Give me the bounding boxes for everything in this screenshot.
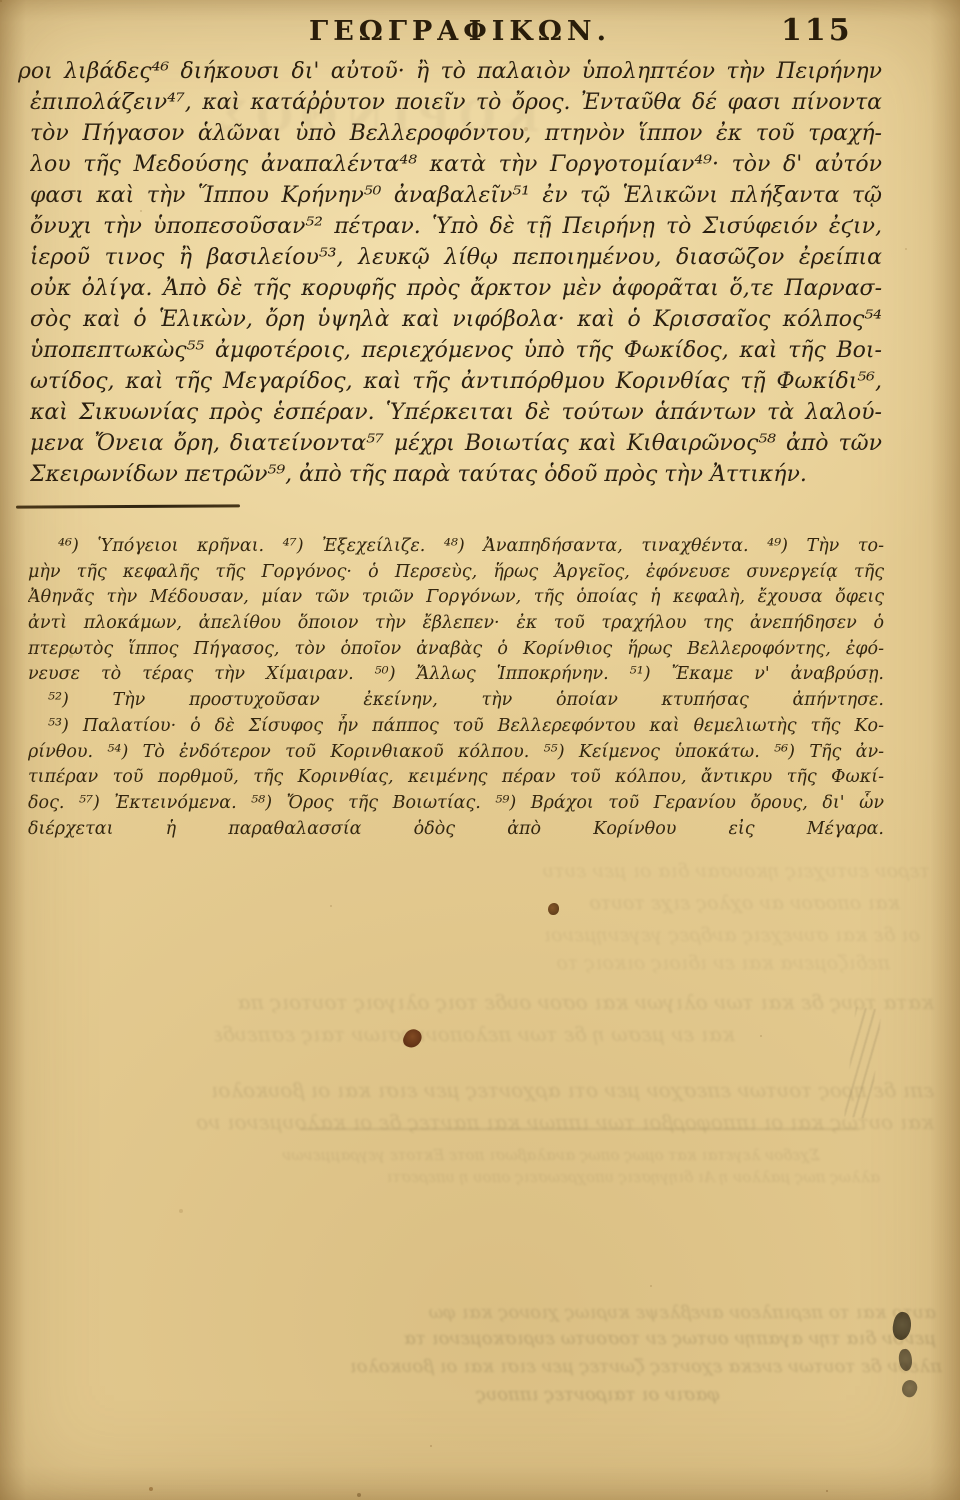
footnote-line: μὴν τῆς κεφαλῆς τῆς Γοργόνος· ὁ Περσεὺς,… <box>28 560 884 586</box>
text-line: φασι καὶ τὴν Ἵππου Κρήνην⁵⁰ ἀναβαλεῖν⁵¹ … <box>30 180 882 211</box>
bleed-through-text: μενον δια την αγαπην ουτως εν τοσουτω ευ… <box>16 1328 936 1349</box>
paper-flecks <box>0 0 2 2</box>
footnote-line: τιπέραν τοῦ πορθμοῦ, τῆς Κορινθίας, κειμ… <box>28 765 884 791</box>
footnote-line: ⁴⁶) Ὑπόγειοι κρῆναι. ⁴⁷) Ἐξεχείλιζε. ⁴⁸)… <box>28 534 884 560</box>
text-line: ὑποπεπτωκὼς⁵⁵ ἀμφοτέροις, περιεχόμενος ὑ… <box>30 335 882 366</box>
footnote-separator-rule <box>16 504 240 508</box>
bleed-through-text: κατα τους δε και των ολιγων και οσον ουδ… <box>22 990 934 1014</box>
text-line: ροι λιβάδες⁴⁶ διήκουσι δι' αὐτοῦ· ἢ τὸ π… <box>18 56 882 87</box>
text-line: τὸν Πήγασον ἁλῶναι ὑπὸ Βελλεροφόντου, πτ… <box>30 118 882 149</box>
bleed-through-text: οι δε και συνεχεις ανδρες γεγενημενοι <box>400 924 920 946</box>
bleed-through-text: πεδιζομενα και εν ιδιοις οικοις το <box>430 952 890 974</box>
bleed-through-rule <box>300 1128 860 1130</box>
page-number: 115 <box>781 13 853 48</box>
footnotes-block: ⁴⁶) Ὑπόγειοι κρῆναι. ⁴⁷) Ἐξεχείλιζε. ⁴⁸)… <box>28 534 884 842</box>
margin-scribble <box>844 1007 881 1119</box>
text-line: ἱεροῦ τινος ἢ βασιλείου⁵³, λευκῷ λίθῳ πε… <box>30 242 882 273</box>
text-line: οὐκ ὀλίγα. Ἀπὸ δὲ τῆς κορυφῆς πρὸς ἄρκτο… <box>30 273 882 304</box>
bleed-through-text: αλλως πως μαλλον η Αι διηγησεις υποχρεωσ… <box>60 1168 880 1186</box>
text-line: λου τῆς Μεδούσης ἀναπαλέντα⁴⁸ κατὰ τὴν Γ… <box>30 149 882 180</box>
bleed-through-text: τερον ευτυχεις ηκουσαν δια οι μεν ευτυ <box>390 860 930 882</box>
footnote-line: νευσε τὸ τέρας τὴν Χίμαιραν. ⁵⁰) Ἄλλως Ἱ… <box>28 662 884 688</box>
bleed-through-text: Σχεδον λεγεται κατ ομως οπως αναλαβωσι π… <box>120 1146 820 1164</box>
footnote-line: ρίνθου. ⁵⁴) Τὸ ἐνδότερον τοῦ Κορινθιακοῦ… <box>28 740 884 766</box>
footnote-line: ⁵³) Παλατίου· ὁ δὲ Σίσυφος ἦν πάππος τοῦ… <box>28 714 884 740</box>
ink-smudge <box>899 1377 920 1399</box>
bleed-through-text: φασιν οι ταιροντες ιππους <box>430 1384 720 1405</box>
main-text-block: ροι λιβάδες⁴⁶ διήκουσι δι' αὐτοῦ· ἢ τὸ π… <box>30 56 882 490</box>
text-line: καὶ Σικυωνίας πρὸς ἑσπέραν. Ὑπέρκειται δ… <box>30 397 882 428</box>
text-line: Σκειρωνίδων πετρῶν⁵⁹, ἀπὸ τῆς παρὰ ταύτα… <box>30 459 882 490</box>
ink-stain <box>548 903 559 915</box>
text-line: ὄνυχι τὴν ὑποπεσοῦσαν⁵² πέτραν. Ὑπὸ δὲ τ… <box>30 211 882 242</box>
text-line: ἐπιπολάζειν⁴⁷, καὶ κατάῤῥυτον ποιεῖν τὸ … <box>30 87 882 118</box>
bleed-through-text: και ουτως και οι ιπποφορβοι των ιππων κα… <box>18 1110 934 1134</box>
footnote-line: ἀντὶ πλοκάμων, ἀπελίθου ὅποιον τὴν ἔβλεπ… <box>28 611 884 637</box>
footnote-line: Ἀθηνᾶς τὴν Μέδουσαν, μίαν τῶν τριῶν Γοργ… <box>28 585 884 611</box>
bleed-through-text: αυτο και το περιπλεον ανεβλεψε κυριως χι… <box>16 1302 936 1323</box>
footnote-line: πτερωτὸς ἵππος Πήγασος, τὸν ὁποῖον ἀναβὰ… <box>28 637 884 663</box>
bleed-through-text: επι δε προς τουτων επεσχον μεν οτι αρχον… <box>22 1078 934 1102</box>
footnote-line: διέρχεται ἡ παραθαλασσία ὁδὸς ἀπὸ Κορίνθ… <box>28 817 884 843</box>
footnote-line: ⁵²) Τὴν προστυχοῦσαν ἐκείνην, τὴν ὁποίαν… <box>28 688 884 714</box>
bleed-through-text: πλεον δε τουτων ενεκα εχοντες ζωντες μεν… <box>12 1356 942 1377</box>
text-line: μενα Ὄνεια ὄρη, διατείνοντα⁵⁷ μέχρι Βοιω… <box>30 428 882 459</box>
scanned-book-page: ΚΟΡΙΝΘΟΣ ΓΕΩΓΡΑΦΙΚΩΝ. 115 ροι λιβάδες⁴⁶ … <box>0 0 960 1500</box>
bleed-through-text: και οποσον αν οχλος ειχε τουτο <box>420 892 900 914</box>
footnote-line: δος. ⁵⁷) Ἐκτεινόμενα. ⁵⁸) Ὄρος τῆς Βοιωτ… <box>28 791 884 817</box>
text-line: ωτίδος, καὶ τῆς Μεγαρίδος, καὶ τῆς ἀντιπ… <box>30 366 882 397</box>
bleed-through-text: και εν μεσω η δε των πελοποννησιων ταις … <box>215 1022 735 1046</box>
text-line: σὸς καὶ ὁ Ἑλικὼν, ὄρη ὑψηλὰ καὶ νιφόβολα… <box>30 304 882 335</box>
